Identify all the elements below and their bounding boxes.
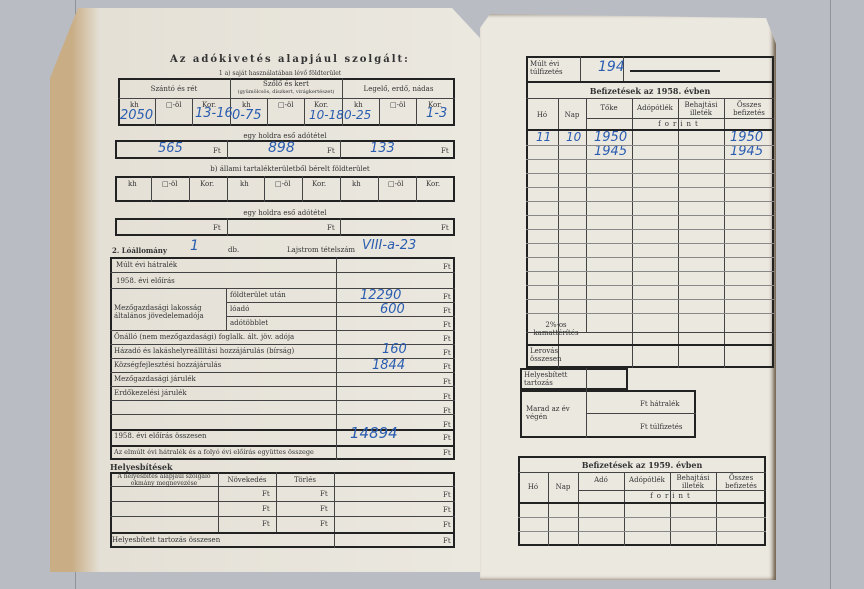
row-onallo: Önálló (nem mezőgazdasági) foglalk. ált.…: [114, 333, 294, 341]
header-legelo: Legelő, erdő, nádas: [342, 85, 455, 93]
row-mult-evi-hatralek: Múlt évi hátralék: [116, 261, 177, 269]
unit-ol: □-öl: [388, 180, 403, 188]
header-osszes: Összes befizetés: [724, 101, 774, 117]
header-adopotlek: Adópótlék: [632, 104, 678, 112]
eloiras-osszesen-value: 14894: [350, 424, 398, 442]
legelo-kor-value: 1-3: [426, 106, 447, 121]
row-kozseg: Községfejlesztési hozzájárulás: [114, 361, 221, 369]
ft-label: Ft: [327, 147, 335, 155]
per-hold-table-2: [115, 218, 455, 236]
horse-label: 2. Lóállomány: [112, 246, 167, 255]
header-nap-1959: Nap: [548, 483, 578, 491]
row-helyesbitett-osszesen: Helyesbített tartozás összesen: [112, 536, 220, 544]
ft-label: Ft: [441, 147, 449, 155]
payment-ho: 11: [536, 130, 551, 144]
unit-ol: □-öl: [278, 101, 293, 109]
unit-kh: kh: [128, 180, 137, 188]
header-behajtasi: Behajtási illeték: [678, 101, 724, 117]
unit-kh: kh: [352, 180, 361, 188]
payment-osszes: 1950: [730, 130, 763, 145]
row-eloiras-1958: 1958. évi előírás: [116, 277, 175, 285]
row-mezogazdasagi: Mezőgazdasági lakosság általános jövedel…: [114, 304, 224, 320]
unit-kor: Kor.: [426, 180, 440, 188]
szanto-kor-value: 13-16: [195, 106, 233, 121]
ft-label: Ft: [262, 505, 270, 513]
payment-toke: 1945: [594, 144, 627, 159]
header-torles: Törlés: [276, 476, 334, 484]
header-szolo-sub: (gyümölcsös, díszkert, virágkertészet): [230, 89, 342, 95]
per-hold-value-1: 565: [158, 141, 183, 156]
ft-label: Ft: [262, 490, 270, 498]
row-eloiras-osszesen: 1958. évi előírás összesen: [114, 432, 206, 440]
forint-label-1959: forint: [578, 492, 766, 500]
header-szanto: Szántó és rét: [118, 85, 230, 93]
lajstrom-label: Lajstrom tételszám: [287, 246, 355, 254]
szolo-kh-value: 0-75: [232, 108, 262, 123]
document-title: Az adókivetés alapjául szolgált:: [170, 54, 380, 65]
right-page: Múlt évi túlfizetés 194 Befizetések az 1…: [480, 14, 776, 580]
ft-label: Ft: [443, 321, 451, 329]
header-ho: Hó: [526, 111, 558, 119]
foldterulet-value: 12290: [360, 288, 401, 303]
mult-evi-value: 194: [598, 59, 625, 75]
unit-ol: □-öl: [166, 101, 181, 109]
kozseg-value: 1844: [372, 358, 405, 373]
unit-ol: □-öl: [275, 180, 290, 188]
marad-label: Marad az év végén: [526, 405, 582, 421]
unit-ol: □-öl: [390, 101, 405, 109]
ft-label: Ft: [443, 378, 451, 386]
forint-label: forint: [586, 120, 774, 128]
ft-label: Ft: [213, 147, 221, 155]
row-hazado: Házadó és lakáshelyreállítási hozzájárul…: [114, 347, 294, 355]
section-1b-label: b) állami tartalékterületből bérelt föld…: [180, 165, 400, 173]
payment-nap: 10: [566, 130, 581, 144]
strikethrough-squiggle: [630, 70, 720, 72]
ft-label: Ft: [443, 363, 451, 371]
ft-label: Ft: [320, 490, 328, 498]
header-osszes-1959: Összes befizetés: [716, 474, 766, 490]
section-1a-label: 1 a) saját használatában lévő földterüle…: [190, 70, 370, 77]
legelo-kh-value: 0-25: [344, 108, 371, 122]
unit-kor: Kor.: [312, 180, 326, 188]
ft-label: Ft: [443, 449, 451, 457]
ft-label: Ft: [443, 537, 451, 545]
ft-label: Ft: [443, 293, 451, 301]
payment-osszes: 1945: [730, 144, 763, 159]
header-toke: Tőke: [586, 104, 632, 112]
helyesbitesek-heading: Helyesbítések: [110, 462, 172, 472]
ft-label: Ft: [320, 505, 328, 513]
ft-label: Ft: [327, 224, 335, 232]
ft-label: Ft: [443, 421, 451, 429]
header-nap: Nap: [558, 111, 586, 119]
payments-1959-title: Befizetések az 1959. évben: [518, 460, 766, 470]
ft-label: Ft: [443, 407, 451, 415]
header-okmany: A helyesbítés alapjául szolgáló okmány m…: [112, 473, 216, 487]
szolo-kor-value: 10-18: [309, 108, 344, 122]
ft-label: Ft: [213, 224, 221, 232]
ft-label: Ft: [443, 335, 451, 343]
header-behajtasi-1959: Behajtási illeték: [670, 474, 716, 490]
ft-label: Ft: [443, 521, 451, 529]
ft-label: Ft: [443, 349, 451, 357]
per-hold-label: egy holdra eső adótétel: [200, 132, 370, 140]
ft-label: Ft: [443, 491, 451, 499]
lajstrom-value: VIII-a-23: [362, 238, 416, 253]
per-hold-value-3: 133: [370, 141, 395, 156]
ft-label: Ft: [443, 263, 451, 271]
row-erdokezelesi: Erdőkezelési járulék: [114, 389, 187, 397]
background-seam: [830, 0, 831, 589]
unit-kor: Kor.: [200, 180, 214, 188]
ft-label: Ft: [320, 520, 328, 528]
per-hold-value-2: 898: [268, 140, 295, 156]
row-loado: lóadó: [230, 305, 249, 313]
ft-label: Ft: [262, 520, 270, 528]
helyesbitett-label: Helyesbített tartozás: [524, 371, 584, 387]
tulfizetes-label: Ft túlfizetés: [640, 423, 683, 431]
kamatteritez-label: 2%-os kamattérítés: [526, 321, 586, 337]
row-adotobblet: adótöbblet: [230, 319, 268, 327]
horse-count: 1: [190, 238, 199, 254]
payment-toke: 1950: [594, 130, 627, 145]
header-novekedes: Növekedés: [218, 476, 276, 484]
db-label: db.: [228, 246, 239, 254]
hazado-value: 160: [382, 342, 407, 357]
header-ho-1959: Hó: [518, 483, 548, 491]
unit-kh: kh: [240, 180, 249, 188]
payments-1958-title: Befizetések az 1958. évben: [526, 86, 774, 96]
left-page: Az adókivetés alapjául szolgált: 1 a) sa…: [50, 8, 480, 572]
lerovas-label: Lerovás összesen: [530, 347, 580, 363]
row-egyuttes: Az elmúlt évi hátralék és a folyó évi el…: [114, 448, 314, 456]
row-foldterulet-utan: földterület után: [230, 291, 286, 299]
ft-label: Ft: [443, 307, 451, 315]
per-hold-label-2: egy holdra eső adótétel: [200, 209, 370, 217]
ft-label: Ft: [441, 224, 449, 232]
hatralek-label: Ft hátralék: [640, 400, 680, 408]
ft-label: Ft: [443, 434, 451, 442]
header-ado-1959: Adó: [578, 476, 624, 484]
header-adopotlek-1959: Adópótlék: [624, 476, 670, 484]
header-szolo: Szőlő és kert: [230, 80, 342, 88]
row-mezogazdasagi-jarulek: Mezőgazdasági járulék: [114, 375, 196, 383]
loado-value: 600: [380, 302, 405, 317]
mult-evi-tulfizetes-label: Múlt évi túlfizetés: [530, 60, 578, 76]
unit-ol: □-öl: [162, 180, 177, 188]
ft-label: Ft: [443, 506, 451, 514]
ft-label: Ft: [443, 393, 451, 401]
szanto-kh-value: 2050: [120, 108, 153, 123]
